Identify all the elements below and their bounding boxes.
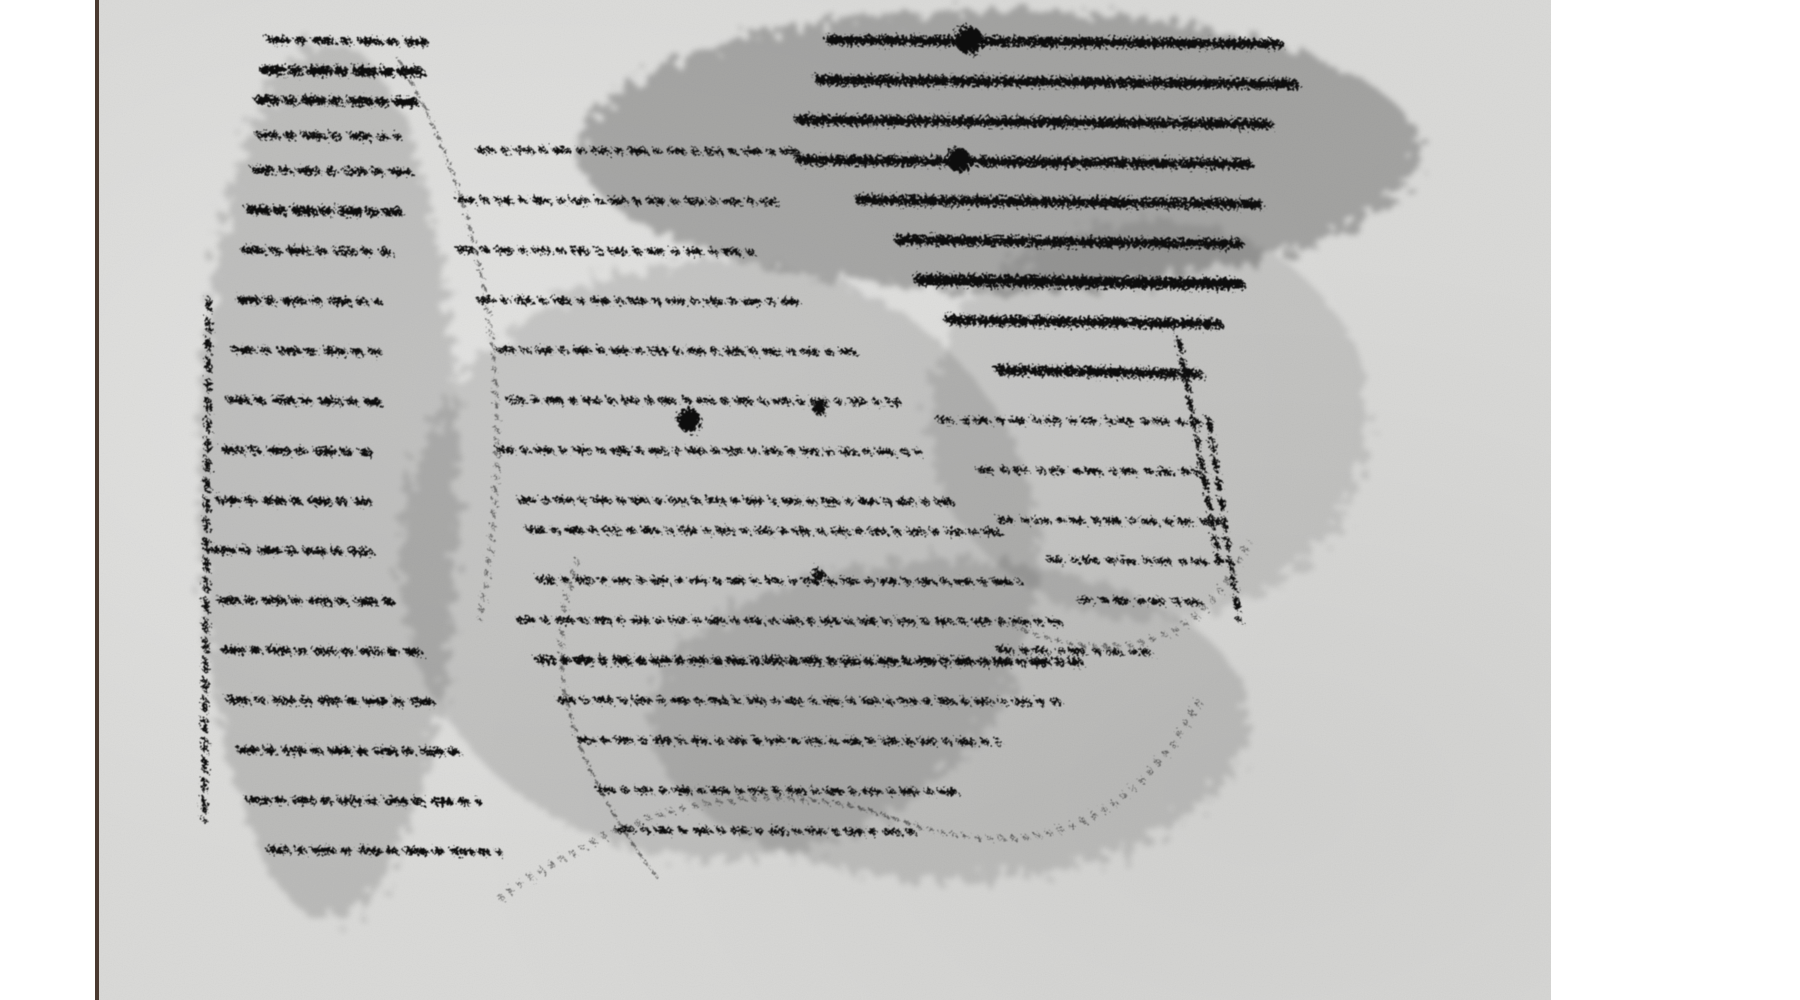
paper-sheet <box>99 0 1551 1000</box>
photo-stage <box>0 0 1800 1000</box>
charcoal-marks <box>99 0 1551 1000</box>
